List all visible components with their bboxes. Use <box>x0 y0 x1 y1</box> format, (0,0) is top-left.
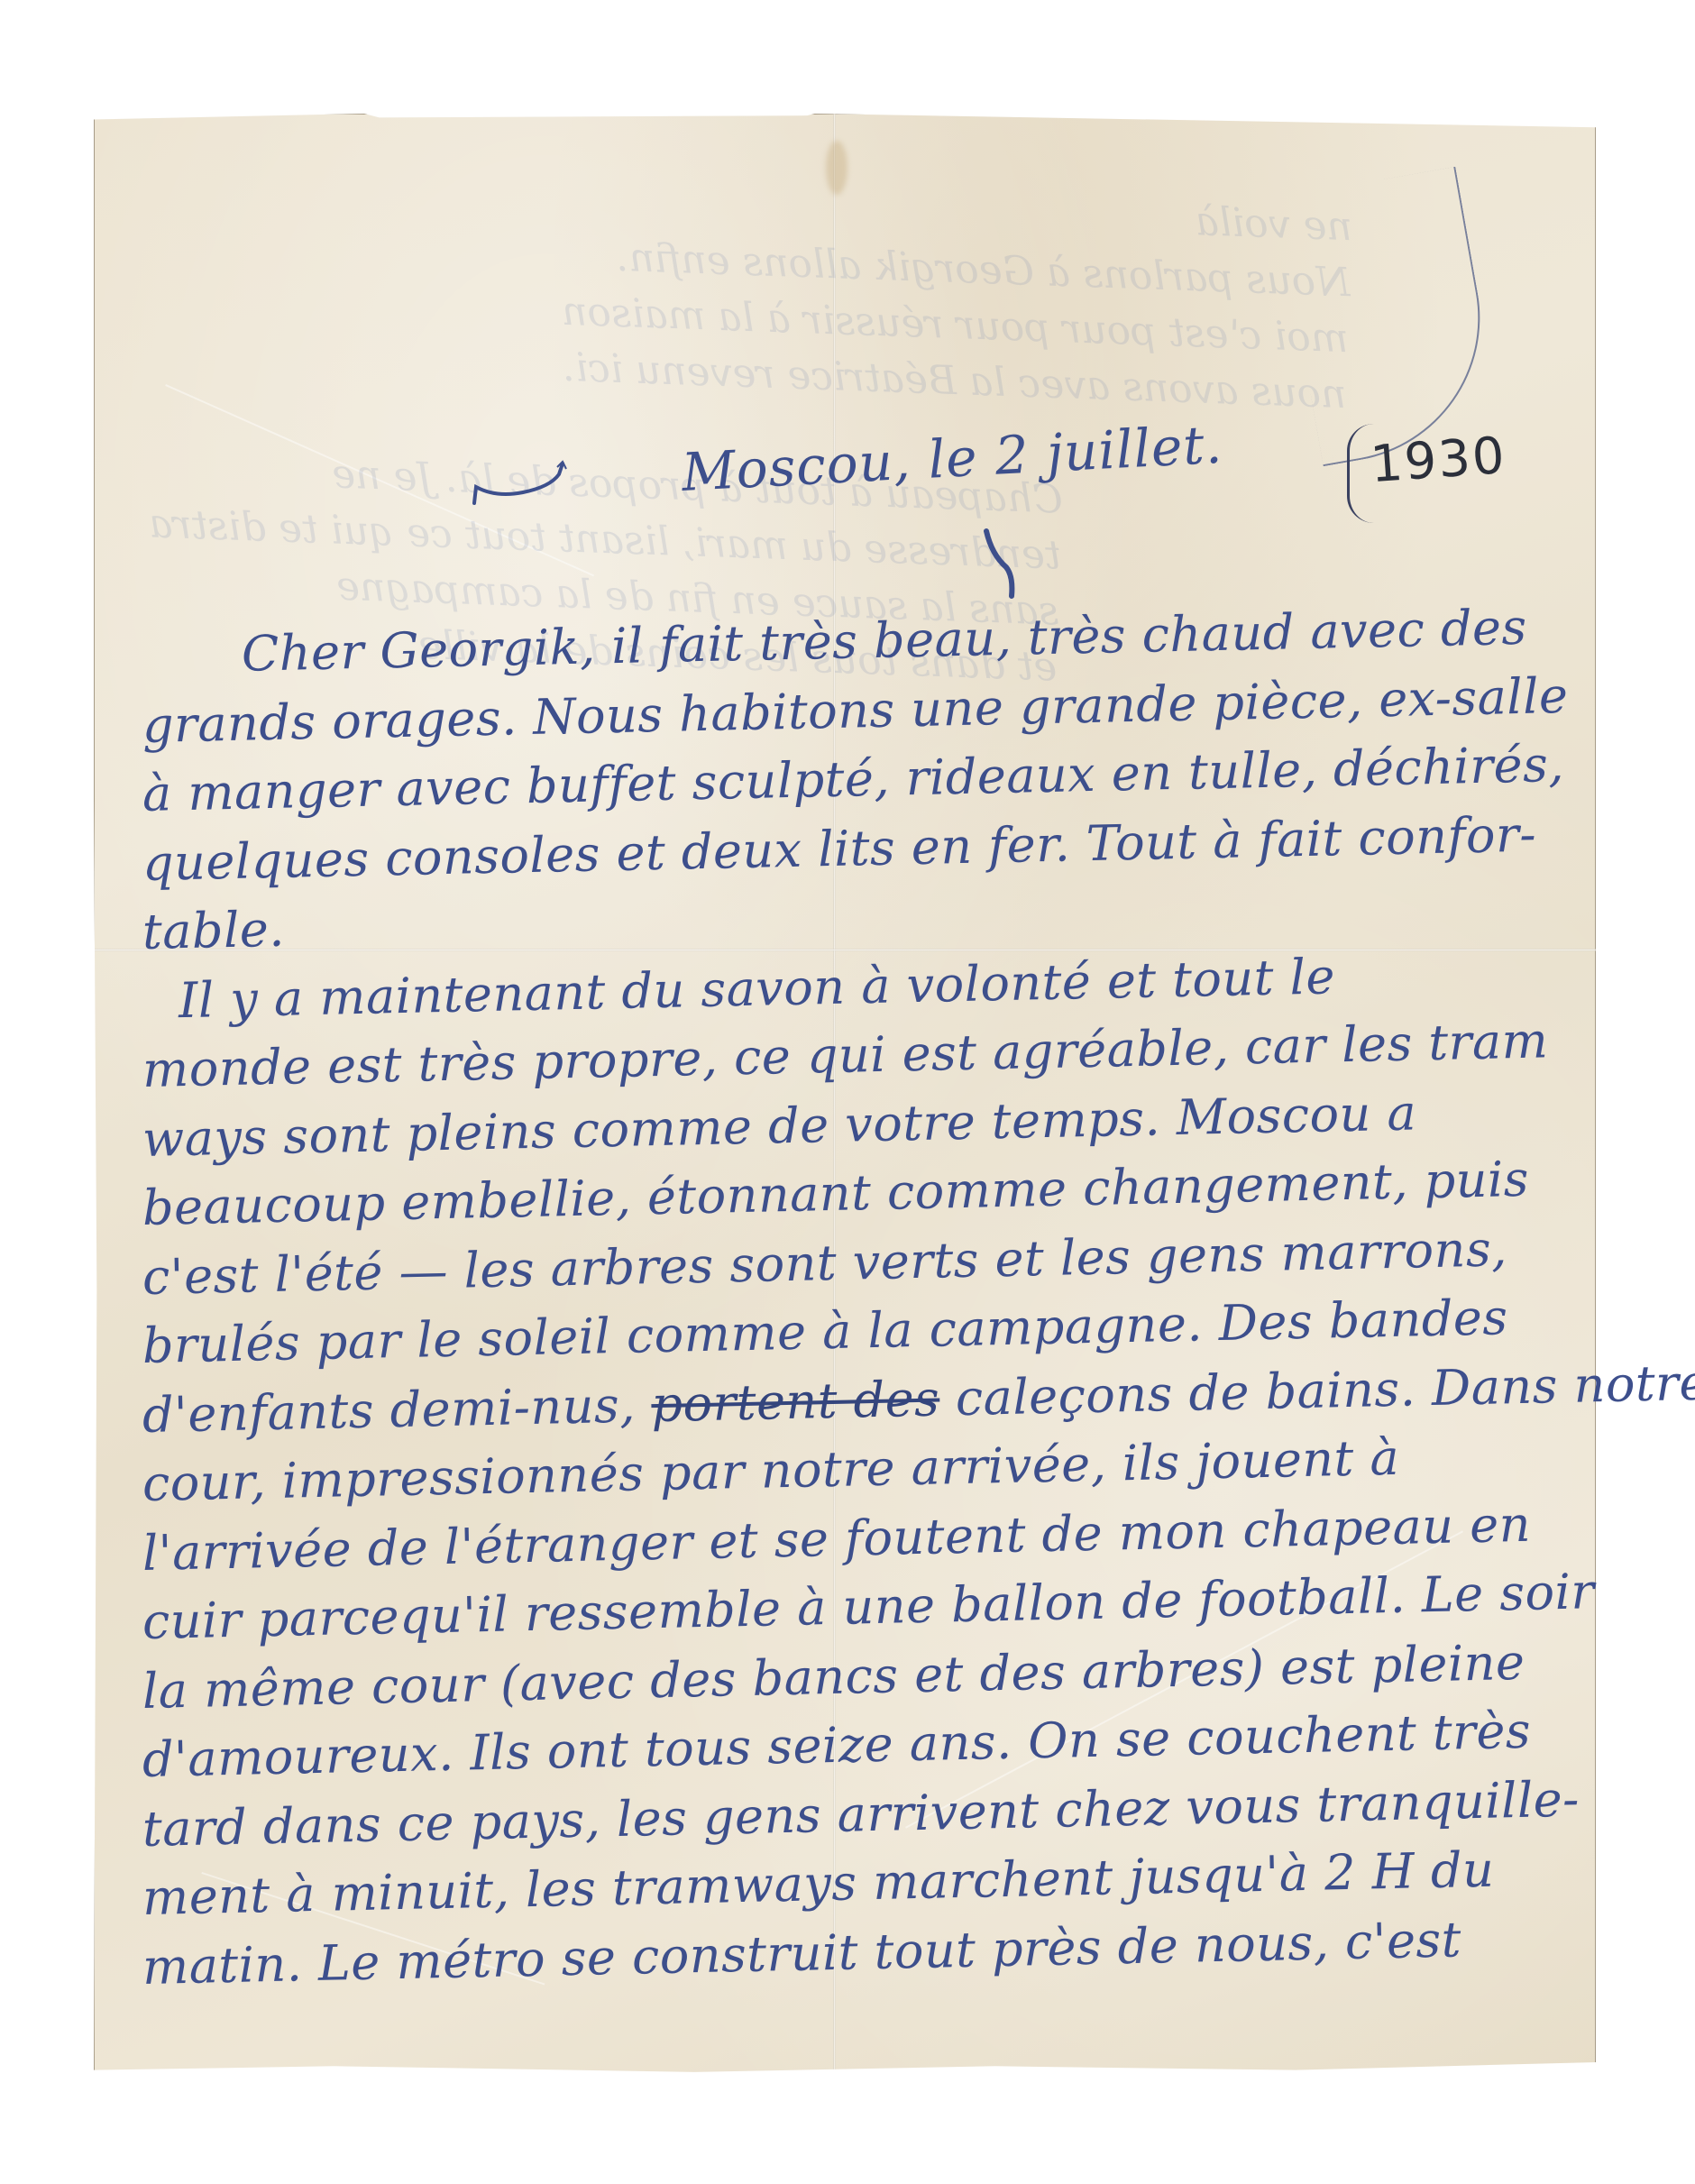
letter-line-part: caleçons de bains. Dans notre <box>939 1354 1695 1427</box>
show-through-text: ne voilà Nous parlons à Georgik allons e… <box>559 172 1353 423</box>
letter-year: 1930 <box>1369 427 1508 494</box>
ink-tick-mark <box>983 528 1019 600</box>
struck-through-words: portent des <box>651 1370 940 1433</box>
letter-line-part: d'enfants demi-nus, <box>142 1376 652 1444</box>
ink-arrow-mark <box>469 460 595 514</box>
paper-stain <box>826 141 847 195</box>
letter-body: Cher Georgik, il fait très beau, très ch… <box>142 622 1585 2002</box>
